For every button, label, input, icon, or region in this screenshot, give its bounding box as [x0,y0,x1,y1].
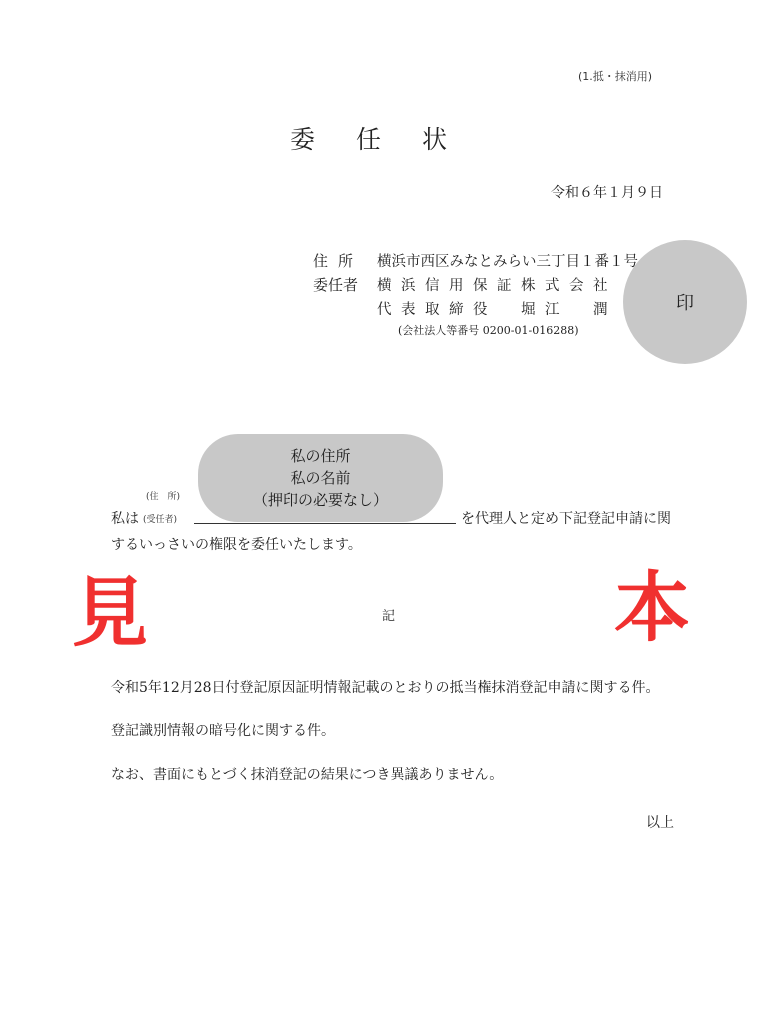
corporate-number: (会社法人等番号 0200-01-016288) [398,322,579,338]
agent-prefix: 私は [111,508,139,528]
agent-small-label: (受任者) [143,512,177,525]
delegation-item: 登記識別情報の暗号化に関する件。 [111,720,335,740]
agent-no-seal-note: （押印の必要なし） [253,489,388,511]
title-char: 委 [290,120,316,156]
agent-address-small-label: (住 所) [146,489,180,502]
closing-text: 以上 [646,812,674,832]
address-label: 住所 [313,250,363,271]
watermark-right: 本 [614,570,690,646]
agent-fill-line [194,523,456,524]
mandator-company: 横浜信用保証株式会社 [377,274,617,295]
document-date: 令和６年１月９日 [551,182,663,202]
title-char: 任 [356,120,382,156]
agent-address-placeholder: 私の住所 [290,445,350,467]
delegation-item: なお、書面にもとづく抹消登記の結果につき異議ありません。 [111,764,503,784]
seal-stamp-placeholder: 印 [623,240,747,364]
title-char: 状 [422,120,448,156]
ki-heading: 記 [382,605,395,624]
agent-placeholder-box: 私の住所 私の名前 （押印の必要なし） [198,434,443,522]
delegation-sentence: を代理人と定め下記登記申請に関 [461,508,671,528]
watermark-left: 見 [72,575,148,651]
delegation-item: 令和5年12月28日付登記原因証明情報記載のとおりの抵当権抹消登記申請に関する件… [111,677,660,697]
mandator-label: 委任者 [313,274,358,295]
mandator-address: 横浜市西区みなとみらい三丁目１番１号 [377,250,638,271]
mandator-representative: 代表取締役 堀江 潤 [377,298,617,319]
delegation-sentence-line2: するいっさいの権限を委任いたします。 [111,534,362,554]
document-title: 委任状 [290,120,488,156]
usage-note: (1.抵・抹消用) [578,68,652,84]
seal-label: 印 [676,289,694,315]
agent-name-placeholder: 私の名前 [290,467,350,489]
